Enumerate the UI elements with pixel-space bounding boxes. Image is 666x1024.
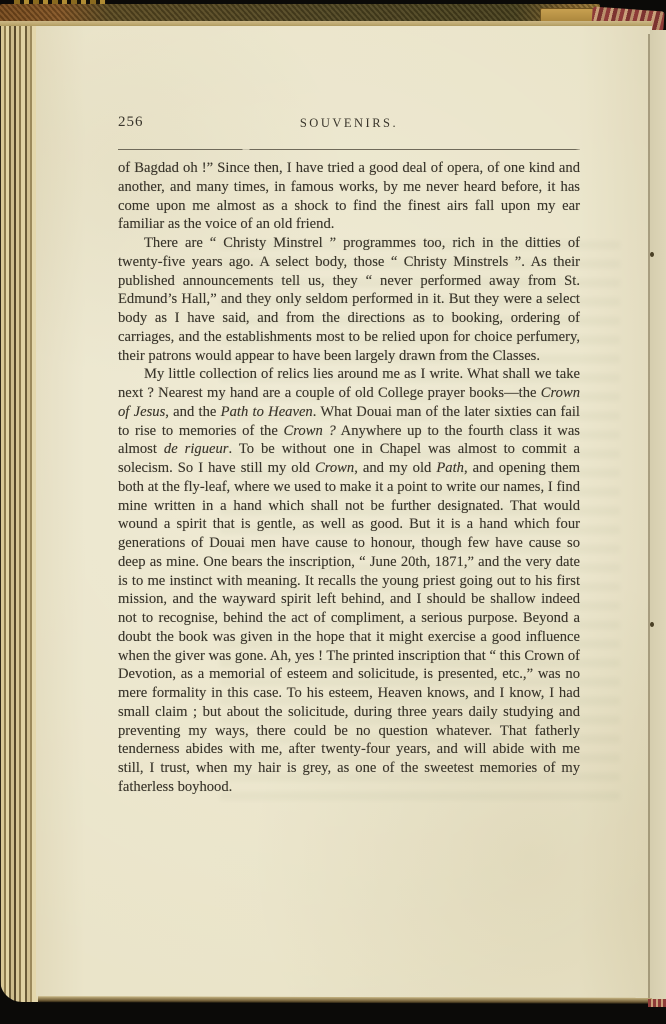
edge-speck (650, 622, 654, 627)
italic-text: Crown ? (284, 423, 336, 439)
page-edge-stack (0, 26, 40, 1002)
italic-text: de rigueur (164, 441, 229, 457)
paragraph: There are “ Christy Minstrel ” programme… (118, 234, 580, 365)
header-rule (118, 149, 580, 150)
body-text-segment: , and opening them both at the fly-leaf,… (118, 460, 580, 795)
body-text-segment: of Bagdad oh !” Since then, I have tried… (118, 160, 580, 232)
book-photo: 256 SOUVENIRS. of Bagdad oh !” Since the… (0, 0, 666, 1024)
body-text-segment: , and the (165, 404, 220, 420)
running-header: SOUVENIRS. (118, 116, 580, 131)
body-text-segment: There are “ Christy Minstrel ” programme… (118, 235, 580, 364)
page-bottom-edge (38, 996, 652, 1004)
paragraph: of Bagdad oh !” Since then, I have tried… (118, 159, 580, 234)
italic-text: Crown (315, 460, 354, 476)
italic-text: Path to Heaven (221, 404, 313, 420)
running-head-row: 256 SOUVENIRS. (118, 112, 580, 136)
right-page-edge (648, 34, 650, 1000)
body-text-segment: , and my old (354, 460, 436, 476)
edge-speck (650, 252, 654, 257)
page-text: of Bagdad oh !” Since then, I have tried… (118, 159, 580, 797)
right-page-sliver (650, 30, 666, 1002)
printed-content: 256 SOUVENIRS. of Bagdad oh !” Since the… (118, 112, 580, 797)
paragraph: My little collection of relics lies arou… (118, 365, 580, 796)
italic-text: Path (436, 460, 464, 476)
headband-bottom-fragment (648, 999, 666, 1007)
body-text-segment: My little collection of relics lies arou… (118, 366, 580, 401)
